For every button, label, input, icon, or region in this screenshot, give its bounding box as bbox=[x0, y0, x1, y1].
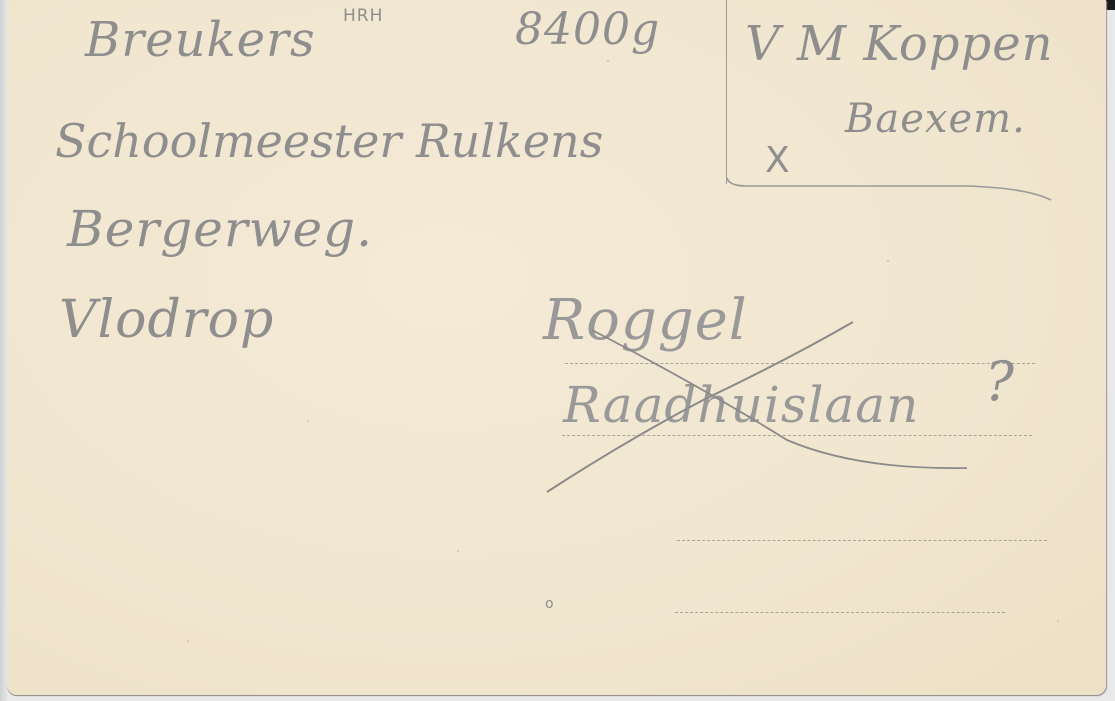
postcard: Breukers HRH 8400g Schoolmeester Rulkens… bbox=[7, 0, 1106, 695]
scan-left-edge bbox=[0, 0, 7, 701]
pencil-strokes bbox=[7, 0, 1106, 695]
corner-box-bottom-line bbox=[727, 178, 1051, 200]
cross-stroke-2 bbox=[592, 330, 967, 468]
cross-stroke-1 bbox=[547, 322, 853, 492]
